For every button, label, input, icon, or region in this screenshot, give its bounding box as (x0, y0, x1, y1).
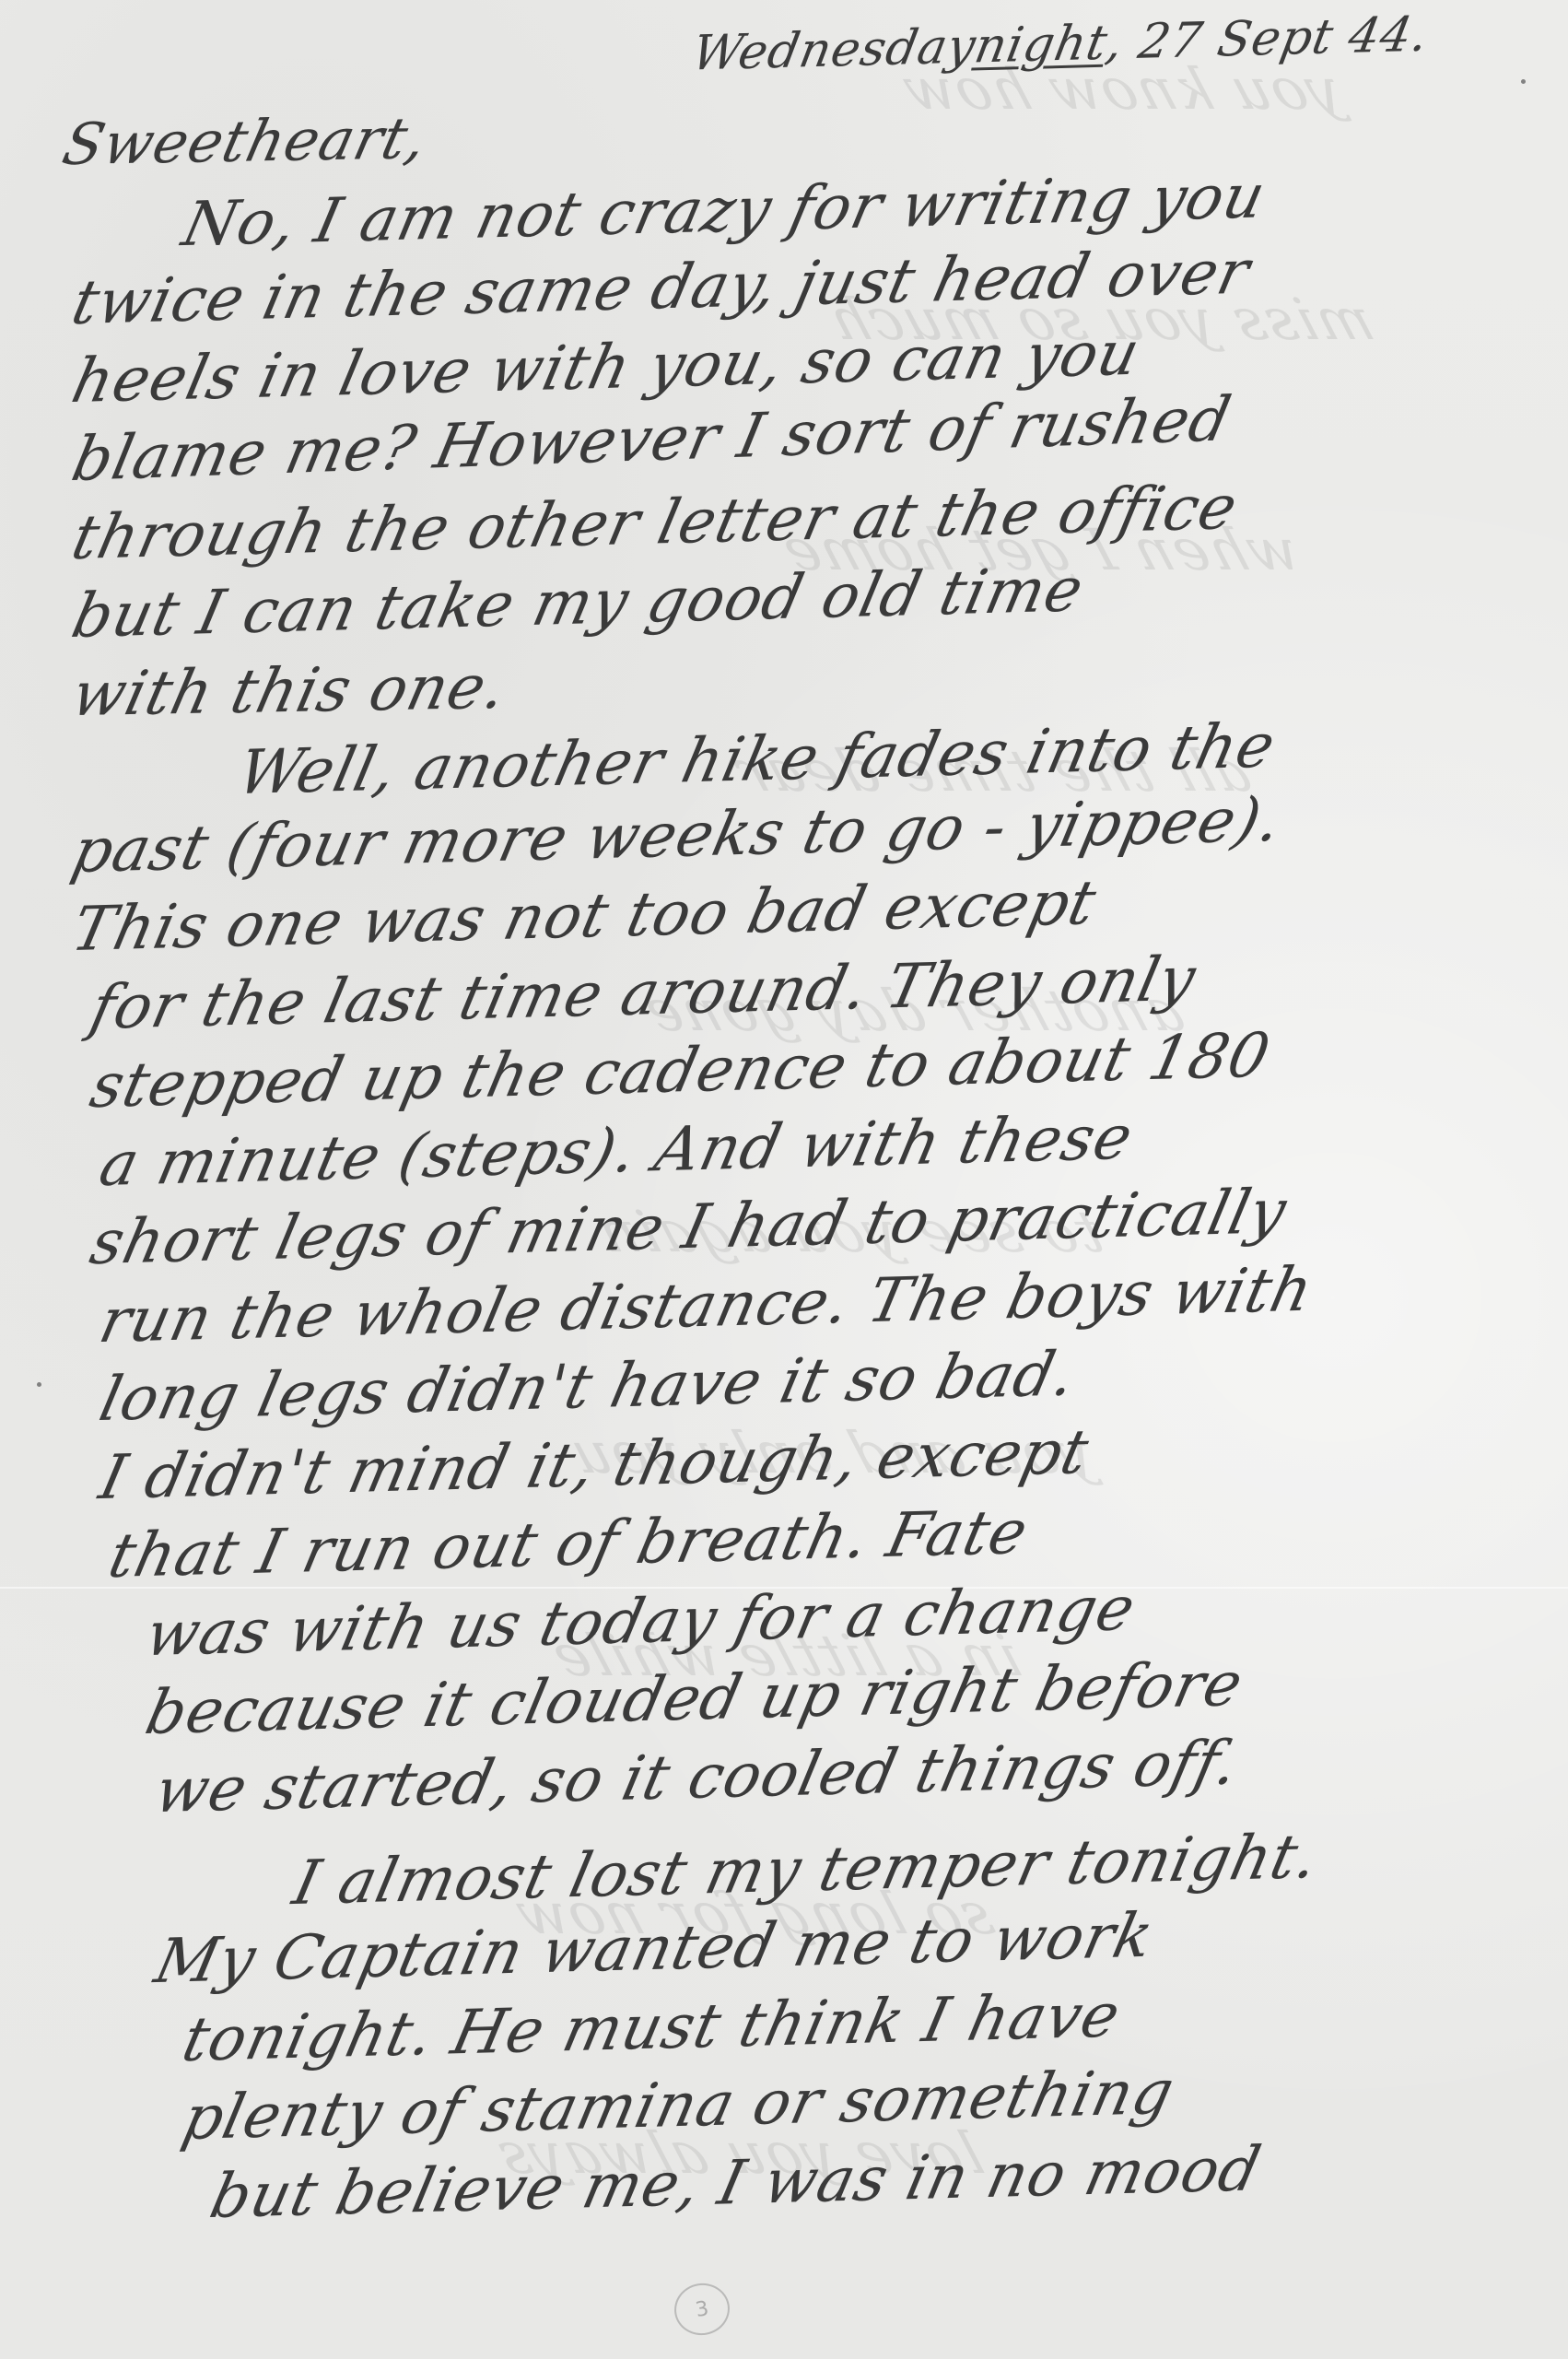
letter-page: you know how miss you so much when I get… (0, 0, 1568, 2359)
letter-line: that I run out of breath. Fate (102, 1496, 1035, 1592)
letter-line: with this one. (65, 651, 514, 731)
ink-dot (1521, 79, 1526, 84)
date-weekday: Wednesday (688, 18, 981, 81)
letter-line: I almost lost my temper tonight. (287, 1821, 1325, 1919)
salutation: Sweetheart, (57, 104, 435, 178)
page-number-circle: 3 (671, 2279, 734, 2340)
date-value: 27 Sept 44. (1134, 6, 1433, 70)
letter-date: Wednesdaynight, 27 Sept 44. (688, 6, 1433, 81)
ink-dot (37, 1382, 41, 1387)
page-number: 3 (694, 2296, 710, 2321)
date-part-of-day: night (970, 16, 1112, 75)
